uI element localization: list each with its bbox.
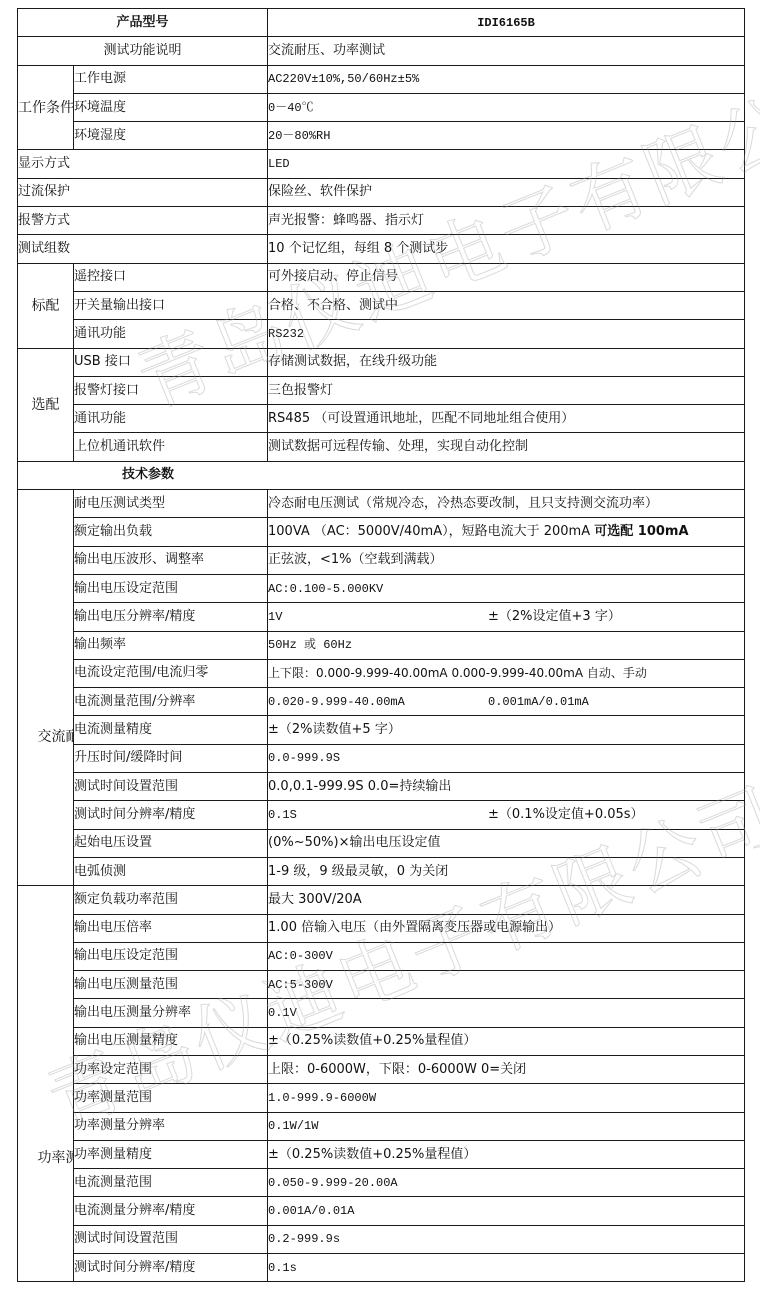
spec-label: 功率测量范围 — [74, 1084, 268, 1112]
spec-value: 1-9 级，9 级最灵敏，0 为关闭 — [268, 857, 745, 885]
spec-row: 过流保护 保险丝、软件保护 — [18, 178, 745, 206]
spec-label: 输出电压波形、调整率 — [74, 546, 268, 574]
spec-value: 存储测试数据，在线升级功能 — [268, 348, 745, 376]
spec-row: 输出电压设定范围 AC:0-300V — [18, 942, 745, 970]
spec-table: 产品型号 IDI6165B 测试功能说明 交流耐压、功率测试 工作条件 工作电源… — [17, 8, 745, 1282]
spec-label: 环境温度 — [74, 93, 268, 121]
spec-row: 报警方式 声光报警：蜂鸣器、指示灯 — [18, 207, 745, 235]
spec-value: 可外接启动、停止信号 — [268, 263, 745, 291]
spec-value: 1V±（2%设定值+3 字） — [268, 603, 745, 631]
spec-label: USB 接口 — [74, 348, 268, 376]
spec-label: 电弧侦测 — [74, 857, 268, 885]
spec-value: 0.050-9.999-20.00A — [268, 1169, 745, 1197]
spec-label: 电流测量分辨率/精度 — [74, 1197, 268, 1225]
spec-row: 测试时间分辨率/精度 0.1s — [18, 1254, 745, 1282]
spec-label: 输出电压设定范围 — [74, 574, 268, 602]
spec-value: 0.1V — [268, 999, 745, 1027]
spec-row: 环境温度 0－40℃ — [18, 93, 745, 121]
spec-label: 环境湿度 — [74, 122, 268, 150]
spec-value: 0－40℃ — [268, 93, 745, 121]
spec-value: 1.00 倍输入电压（由外置隔离变压器或电源输出） — [268, 914, 745, 942]
spec-row: 功率测量范围 1.0-999.9-6000W — [18, 1084, 745, 1112]
spec-label: 功率测量分辨率 — [74, 1112, 268, 1140]
spec-value: 合格、不合格、测试中 — [268, 291, 745, 319]
spec-label: 测试时间分辨率/精度 — [74, 1254, 268, 1282]
spec-value: 正弦波，<1%（空载到满载） — [268, 546, 745, 574]
spec-value: 0.0-999.9S — [268, 744, 745, 772]
spec-row: 输出电压测量范围 AC:5-300V — [18, 971, 745, 999]
spec-row: 显示方式 LED — [18, 150, 745, 178]
spec-label: 测试时间设置范围 — [74, 1225, 268, 1253]
section-title-tech-params: 技术参数 — [18, 461, 745, 489]
spec-value: 声光报警：蜂鸣器、指示灯 — [268, 207, 745, 235]
spec-value: AC:0.100-5.000KV — [268, 574, 745, 602]
spec-label: 工作电源 — [74, 65, 268, 93]
spec-row: 报警灯接口 三色报警灯 — [18, 376, 745, 404]
group-label-power-test: 功率测试 — [18, 886, 74, 1282]
spec-row: 开关量输出接口 合格、不合格、测试中 — [18, 291, 745, 319]
spec-row: 选配 USB 接口 存储测试数据，在线升级功能 — [18, 348, 745, 376]
spec-row: 起始电压设置 (0%~50%)×输出电压设定值 — [18, 829, 745, 857]
spec-value: AC:0-300V — [268, 942, 745, 970]
spec-label: 输出电压测量范围 — [74, 971, 268, 999]
spec-value: ±（0.25%读数值+0.25%量程值） — [268, 1027, 745, 1055]
group-label-ac-hipot: 交流耐电压测试 — [18, 490, 74, 886]
function-label: 测试功能说明 — [18, 37, 268, 65]
spec-value: 0.1s — [268, 1254, 745, 1282]
spec-label: 显示方式 — [18, 150, 268, 178]
spec-label: 升压时间/缓降时间 — [74, 744, 268, 772]
spec-row: 额定输出负载 100VA （AC：5000V/40mA），短路电流大于 200m… — [18, 518, 745, 546]
spec-row: 通讯功能 RS485 （可设置通讯地址，匹配不同地址组合使用） — [18, 405, 745, 433]
spec-label: 输出频率 — [74, 631, 268, 659]
spec-label: 额定负载功率范围 — [74, 886, 268, 914]
spec-row: 通讯功能 RS232 — [18, 320, 745, 348]
spec-label: 功率测量精度 — [74, 1140, 268, 1168]
header-row: 产品型号 IDI6165B — [18, 9, 745, 37]
spec-label: 输出电压分辨率/精度 — [74, 603, 268, 631]
spec-value: LED — [268, 150, 745, 178]
model-label: 产品型号 — [18, 9, 268, 37]
spec-row: 输出电压倍率 1.00 倍输入电压（由外置隔离变压器或电源输出） — [18, 914, 745, 942]
spec-row: 功率设定范围 上限：0-6000W，下限：0-6000W 0=关闭 — [18, 1055, 745, 1083]
spec-row: 输出电压测量精度 ±（0.25%读数值+0.25%量程值） — [18, 1027, 745, 1055]
spec-label: 开关量输出接口 — [74, 291, 268, 319]
spec-value: 上限：0-6000W，下限：0-6000W 0=关闭 — [268, 1055, 745, 1083]
spec-row: 交流耐电压测试 耐电压测试类型 冷态耐电压测试（常规冷态，冷热态要改制，且只支持… — [18, 490, 745, 518]
function-row: 测试功能说明 交流耐压、功率测试 — [18, 37, 745, 65]
spec-label: 起始电压设置 — [74, 829, 268, 857]
spec-label: 测试时间分辨率/精度 — [74, 801, 268, 829]
spec-label: 输出电压测量分辨率 — [74, 999, 268, 1027]
spec-value: 0.020-9.999-40.00mA0.001mA/0.01mA — [268, 688, 745, 716]
spec-label: 上位机通讯软件 — [74, 433, 268, 461]
spec-label: 遥控接口 — [74, 263, 268, 291]
spec-value: 50Hz 或 60Hz — [268, 631, 745, 659]
spec-row: 电流测量范围 0.050-9.999-20.00A — [18, 1169, 745, 1197]
spec-value: 保险丝、软件保护 — [268, 178, 745, 206]
spec-label: 耐电压测试类型 — [74, 490, 268, 518]
spec-row: 输出电压设定范围 AC:0.100-5.000KV — [18, 574, 745, 602]
spec-row: 测试时间设置范围 0.2-999.9s — [18, 1225, 745, 1253]
spec-label: 报警方式 — [18, 207, 268, 235]
spec-value: 0.0,0.1-999.9S 0.0=持续输出 — [268, 773, 745, 801]
spec-label: 电流设定范围/电流归零 — [74, 659, 268, 687]
spec-row: 电流测量分辨率/精度 0.001A/0.01A — [18, 1197, 745, 1225]
spec-row: 功率测试 额定负载功率范围 最大 300V/20A — [18, 886, 745, 914]
spec-value: (0%~50%)×输出电压设定值 — [268, 829, 745, 857]
spec-row: 环境湿度 20－80%RH — [18, 122, 745, 150]
spec-value: AC:5-300V — [268, 971, 745, 999]
spec-label: 电流测量范围 — [74, 1169, 268, 1197]
spec-value: 三色报警灯 — [268, 376, 745, 404]
spec-row: 输出频率 50Hz 或 60Hz — [18, 631, 745, 659]
spec-row: 测试组数 10 个记忆组，每组 8 个测试步 — [18, 235, 745, 263]
spec-value: 0.2-999.9s — [268, 1225, 745, 1253]
spec-value: ±（0.25%读数值+0.25%量程值） — [268, 1140, 745, 1168]
spec-row: 标配 遥控接口 可外接启动、停止信号 — [18, 263, 745, 291]
spec-label: 功率设定范围 — [74, 1055, 268, 1083]
spec-value: 最大 300V/20A — [268, 886, 745, 914]
spec-value: 100VA （AC：5000V/40mA），短路电流大于 200mA 可选配 1… — [268, 518, 745, 546]
spec-value: 0.1S±（0.1%设定值+0.05s） — [268, 801, 745, 829]
spec-value: 0.1W/1W — [268, 1112, 745, 1140]
spec-value: 上下限：0.000-9.999-40.00mA 0.000-9.999-40.0… — [268, 659, 745, 687]
spec-row: 功率测量分辨率 0.1W/1W — [18, 1112, 745, 1140]
spec-value: AC220V±10%,50/60Hz±5% — [268, 65, 745, 93]
spec-value: 0.001A/0.01A — [268, 1197, 745, 1225]
spec-row: 电流测量范围/分辨率 0.020-9.999-40.00mA0.001mA/0.… — [18, 688, 745, 716]
spec-value: 1.0-999.9-6000W — [268, 1084, 745, 1112]
spec-row: 输出电压测量分辨率 0.1V — [18, 999, 745, 1027]
spec-label: 通讯功能 — [74, 320, 268, 348]
section-title-row: 技术参数 — [18, 461, 745, 489]
spec-row: 电流测量精度 ±（2%读数值+5 字） — [18, 716, 745, 744]
optional-config-note: 可选配 100mA — [594, 524, 688, 539]
spec-value: 20－80%RH — [268, 122, 745, 150]
spec-label: 电流测量范围/分辨率 — [74, 688, 268, 716]
spec-row: 输出电压波形、调整率 正弦波，<1%（空载到满载） — [18, 546, 745, 574]
spec-label: 电流测量精度 — [74, 716, 268, 744]
spec-label: 通讯功能 — [74, 405, 268, 433]
spec-value: RS232 — [268, 320, 745, 348]
spec-label: 输出电压测量精度 — [74, 1027, 268, 1055]
spec-row: 工作条件 工作电源 AC220V±10%,50/60Hz±5% — [18, 65, 745, 93]
spec-label: 输出电压设定范围 — [74, 942, 268, 970]
spec-row: 测试时间设置范围 0.0,0.1-999.9S 0.0=持续输出 — [18, 773, 745, 801]
spec-row: 测试时间分辨率/精度 0.1S±（0.1%设定值+0.05s） — [18, 801, 745, 829]
spec-value: 10 个记忆组，每组 8 个测试步 — [268, 235, 745, 263]
function-value: 交流耐压、功率测试 — [268, 37, 745, 65]
spec-label: 过流保护 — [18, 178, 268, 206]
spec-value: 冷态耐电压测试（常规冷态，冷热态要改制，且只支持测交流功率） — [268, 490, 745, 518]
spec-row: 上位机通讯软件 测试数据可远程传输、处理，实现自动化控制 — [18, 433, 745, 461]
spec-label: 报警灯接口 — [74, 376, 268, 404]
spec-row: 升压时间/缓降时间 0.0-999.9S — [18, 744, 745, 772]
spec-label: 测试时间设置范围 — [74, 773, 268, 801]
spec-value: 测试数据可远程传输、处理，实现自动化控制 — [268, 433, 745, 461]
group-label-working-conditions: 工作条件 — [18, 65, 74, 150]
group-label-standard: 标配 — [18, 263, 74, 348]
group-label-optional: 选配 — [18, 348, 74, 461]
spec-row: 电弧侦测 1-9 级，9 级最灵敏，0 为关闭 — [18, 857, 745, 885]
spec-row: 功率测量精度 ±（0.25%读数值+0.25%量程值） — [18, 1140, 745, 1168]
spec-value: RS485 （可设置通讯地址，匹配不同地址组合使用） — [268, 405, 745, 433]
model-value: IDI6165B — [268, 9, 745, 37]
spec-label: 额定输出负载 — [74, 518, 268, 546]
spec-value: ±（2%读数值+5 字） — [268, 716, 745, 744]
spec-label: 输出电压倍率 — [74, 914, 268, 942]
spec-row: 输出电压分辨率/精度 1V±（2%设定值+3 字） — [18, 603, 745, 631]
spec-row: 电流设定范围/电流归零 上下限：0.000-9.999-40.00mA 0.00… — [18, 659, 745, 687]
spec-label: 测试组数 — [18, 235, 268, 263]
